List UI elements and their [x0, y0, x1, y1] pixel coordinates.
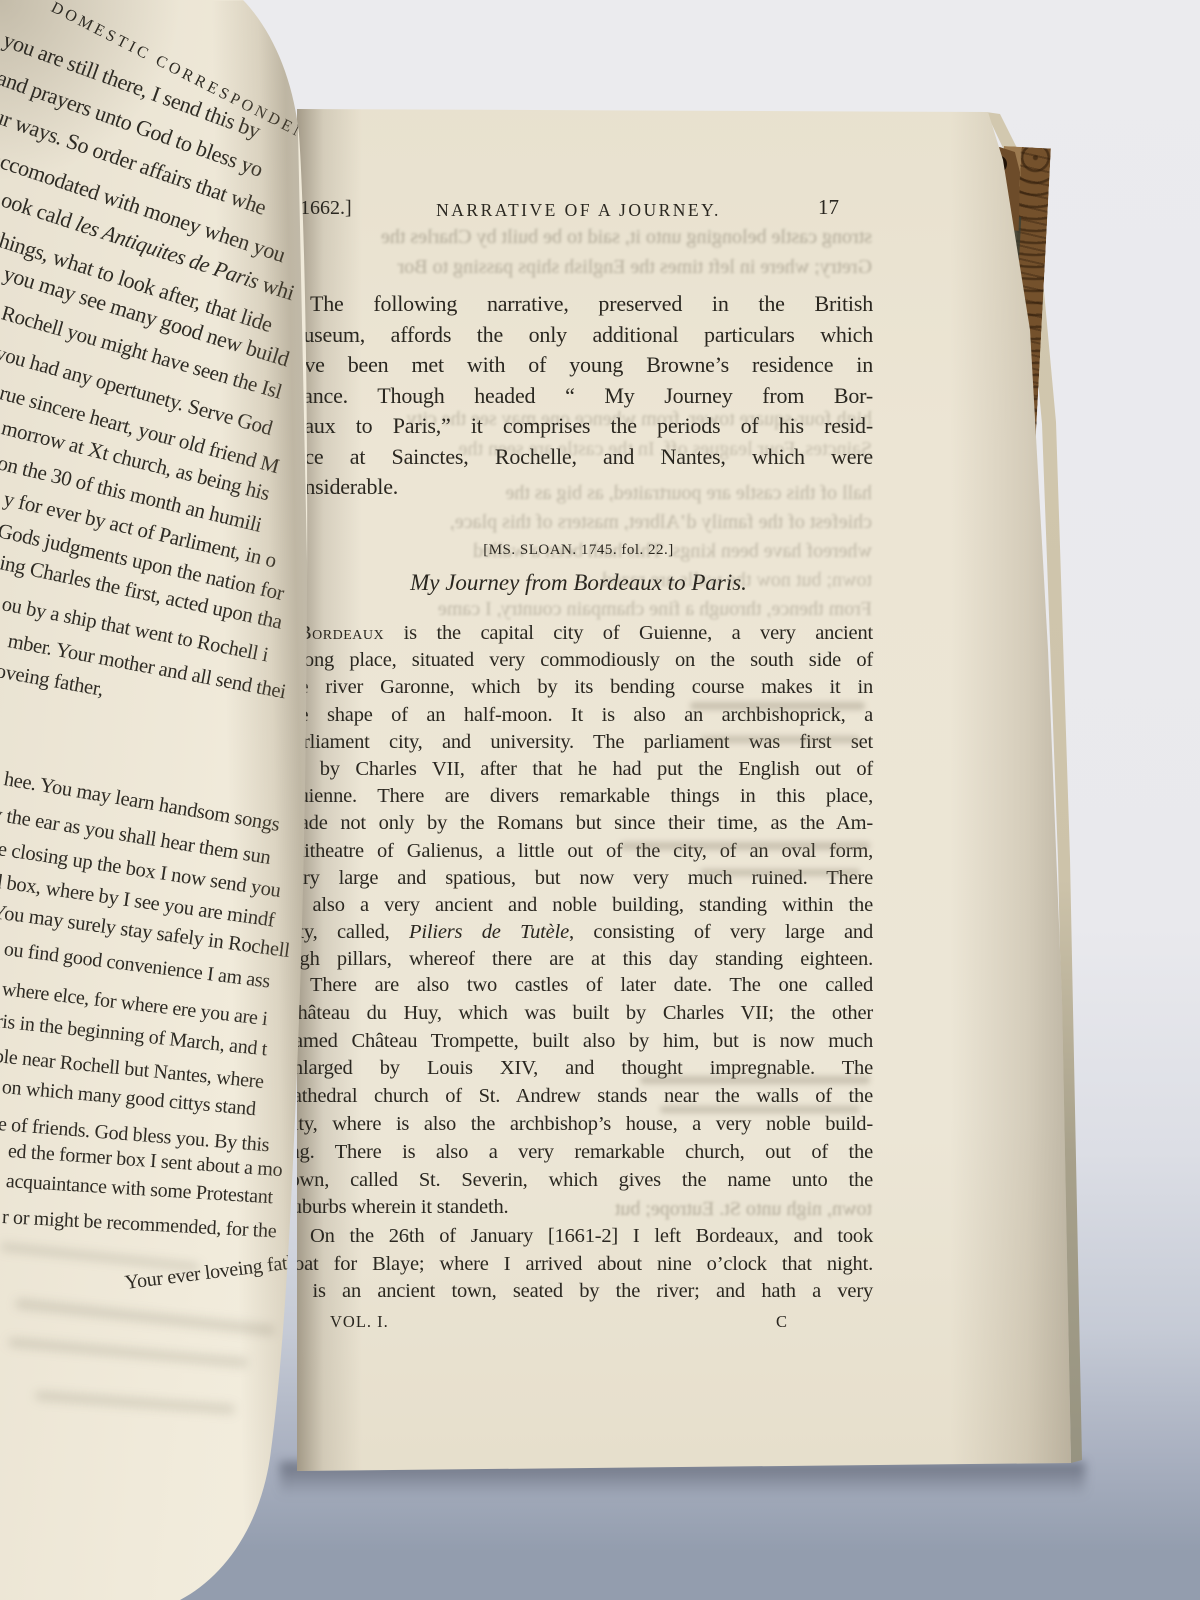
ink-bleed-smudge [700, 736, 860, 743]
text-line: made not only by the Romans but since th… [284, 810, 873, 837]
ink-bleed-smudge [0, 1243, 200, 1272]
text-line: There are also two castles of later date… [284, 972, 873, 1000]
text-line: city, where is also the archbishop’s hou… [284, 1111, 873, 1139]
ink-bleed-smudge [8, 1338, 248, 1368]
text-line: have been met with of young Browne’s res… [284, 350, 873, 381]
body-paragraph: On the 26th of January [1661-2] I left B… [284, 1223, 873, 1306]
ink-bleed-smudge [700, 869, 860, 876]
text-line: On the 26th of January [1661-2] I left B… [284, 1223, 873, 1251]
text-line: It is an ancient town, seated by the riv… [284, 1278, 873, 1306]
bleed-through-line: From thence, through a fine champain cou… [296, 598, 872, 621]
text-line: the river Garonne, which by its bending … [284, 674, 873, 701]
text-line: France. Though headed “ My Journey from … [284, 381, 873, 412]
text-line: deaux to Paris,” it comprises the period… [284, 411, 873, 442]
text-line: considerable. [284, 472, 873, 503]
text-line: Bordeaux is the capital city of Guienne,… [284, 620, 873, 647]
intro-paragraph: The following narrative, preserved in th… [284, 289, 873, 503]
bleed-through-line: Gretry; where in left times the English … [296, 256, 872, 279]
text-line: strong place, situated very commodiously… [284, 647, 873, 674]
ink-bleed-smudge [660, 1106, 860, 1113]
text-line: city, called, Piliers de Tutèle, consist… [284, 919, 873, 946]
manuscript-reference: [MS. SLOAN. 1745. fol. 22.] [284, 542, 873, 559]
text-line: r or might be recommended, for the [1, 1206, 277, 1243]
text-line: The following narrative, preserved in th… [284, 289, 873, 320]
bleed-through-line: chiefest of the family d’Albret, masters… [296, 511, 872, 534]
text-line: is also a very ancient and noble buildin… [284, 892, 873, 919]
text-line: ing. There is also a very remarkable chu… [284, 1139, 873, 1167]
ink-bleed-smudge [640, 1076, 870, 1084]
running-header: NARRATIVE OF A JOURNEY. [284, 200, 873, 221]
signature-mark: C [776, 1312, 787, 1332]
text-line: high pillars, whereof there are at this … [284, 946, 873, 973]
text-line: up by Charles VII, after that he had put… [284, 756, 873, 783]
text-line: named Château Trompette, built also by h… [284, 1028, 873, 1056]
text-line: town, called St. Severin, which gives th… [284, 1167, 873, 1195]
text-line: suburbs wherein it standeth. [284, 1194, 873, 1222]
body-paragraph: There are also two castles of later date… [284, 972, 873, 1222]
ink-bleed-smudge [690, 702, 865, 710]
text-line: Museum, affords the only additional part… [284, 320, 873, 351]
book-photo: 1662.] NARRATIVE OF A JOURNEY. 17 strong… [0, 0, 1200, 1600]
bleed-through-line: strong castle belonging unto it, said to… [296, 226, 872, 249]
text-line: Guienne. There are divers remarkable thi… [284, 783, 873, 810]
text-line: boat for Blaye; where I arrived about ni… [284, 1251, 873, 1279]
section-title: My Journey from Bordeaux to Paris. [284, 570, 873, 596]
text-line: Château du Huy, which was built by Charl… [284, 1000, 873, 1028]
volume-label: VOL. I. [330, 1312, 389, 1332]
body-paragraph: Bordeaux is the capital city of Guienne,… [284, 620, 873, 974]
page-number: 17 [818, 195, 839, 220]
text-line: ence at Sainctes, Rochelle, and Nantes, … [284, 442, 873, 473]
ink-bleed-smudge [15, 1298, 275, 1335]
ink-bleed-smudge [620, 842, 870, 850]
ink-bleed-smudge [35, 1391, 235, 1414]
